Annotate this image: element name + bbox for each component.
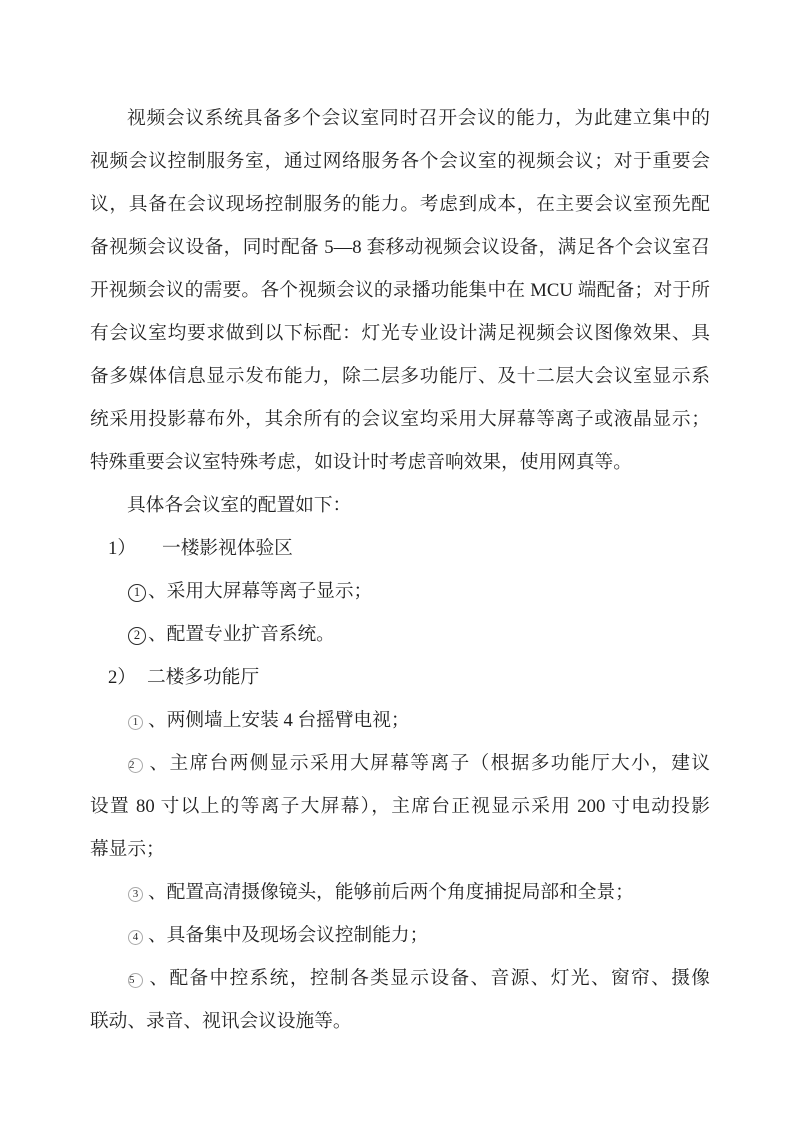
section1-item1: 1、采用大屏幕等离子显示； (90, 570, 710, 613)
section2-item4: 4、具备集中及现场会议控制能力； (90, 914, 710, 957)
section1-number: 1） (108, 538, 136, 559)
document-page: 视频会议系统具备多个会议室同时召开会议的能力，为此建立集中的 视频会议控制服务室… (0, 0, 793, 1122)
section2-item1: 1、两侧墙上安装 4 台摇臂电视； (90, 699, 710, 742)
section2-item5-line1: 5、配备中控系统，控制各类显示设备、音源、灯光、窗帘、摄像 (90, 957, 710, 1000)
section1-heading: 1）一楼影视体验区 (90, 527, 710, 570)
tab-space (136, 553, 162, 554)
section2-item2-text1: 、主席台两侧显示采用大屏幕等离子（根据多功能厅大小，建议 (148, 753, 710, 774)
section2-item5-line2: 联动、录音、视讯会议设施等。 (90, 1000, 710, 1043)
section2-item2-line3: 幕显示； (90, 828, 710, 871)
section1-item2-text: 、配置专业扩音系统。 (148, 624, 335, 645)
subtitle-line: 具体各会议室的配置如下： (90, 484, 710, 527)
section2-heading: 2）二楼多功能厅 (90, 656, 710, 699)
section2-item2-line1: 2、主席台两侧显示采用大屏幕等离子（根据多功能厅大小，建议 (90, 742, 710, 785)
circled-number: 2 (128, 627, 146, 645)
intro-line-6: 有会议室均要求做到以下标配：灯光专业设计满足视频会议图像效果、具 (90, 312, 710, 355)
intro-line-7: 备多媒体信息显示发布能力，除二层多功能厅、及十二层大会议室显示系 (90, 355, 710, 398)
section2-item4-text: 、具备集中及现场会议控制能力； (148, 925, 428, 946)
section2-item3: 3、配置高清摄像镜头，能够前后两个角度捕捉局部和全景； (90, 871, 710, 914)
circled-number: 5 (128, 973, 143, 988)
intro-line-9: 特殊重要会议室特殊考虑，如设计时考虑音响效果，使用网真等。 (90, 441, 710, 484)
circled-number: 3 (128, 887, 143, 902)
circled-number: 4 (128, 930, 143, 945)
intro-line-2: 视频会议控制服务室，通过网络服务各个会议室的视频会议；对于重要会 (90, 140, 710, 183)
section1-item1-text: 、采用大屏幕等离子显示； (148, 581, 372, 602)
intro-line-4: 备视频会议设备，同时配备 5—8 套移动视频会议设备，满足各个会议室召 (90, 226, 710, 269)
intro-line-5: 开视频会议的需要。各个视频会议的录播功能集中在 MCU 端配备；对于所 (90, 269, 710, 312)
section1-item2: 2、配置专业扩音系统。 (90, 613, 710, 656)
intro-line-1: 视频会议系统具备多个会议室同时召开会议的能力，为此建立集中的 (90, 97, 710, 140)
tab-space (136, 682, 147, 683)
section2-item5-text1: 、配备中控系统，控制各类显示设备、音源、灯光、窗帘、摄像 (148, 968, 710, 989)
section1-title: 一楼影视体验区 (162, 538, 293, 559)
circled-number: 1 (128, 715, 143, 730)
circled-number: 1 (128, 584, 146, 602)
section2-number: 2） (108, 667, 136, 688)
intro-line-3: 议，具备在会议现场控制服务的能力。考虑到成本，在主要会议室预先配 (90, 183, 710, 226)
section2-item1-text: 、两侧墙上安装 4 台摇臂电视； (148, 710, 410, 731)
section2-item3-text: 、配置高清摄像镜头，能够前后两个角度捕捉局部和全景； (148, 882, 634, 903)
section2-title: 二楼多功能厅 (147, 667, 259, 688)
intro-line-8: 统采用投影幕布外，其余所有的会议室均采用大屏幕等离子或液晶显示； (90, 398, 710, 441)
section2-item2-line2: 设置 80 寸以上的等离子大屏幕），主席台正视显示采用 200 寸电动投影 (90, 785, 710, 828)
circled-number: 2 (128, 758, 143, 773)
